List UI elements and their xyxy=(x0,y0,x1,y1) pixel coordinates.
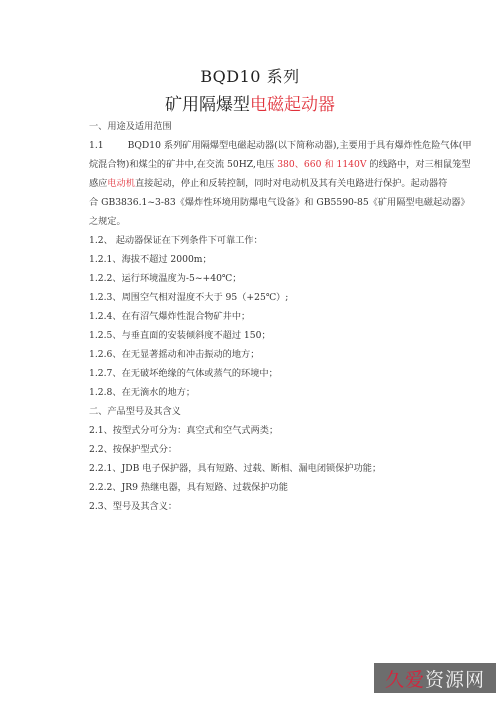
paragraph-text: 感应 xyxy=(89,178,107,189)
section2-heading: 二、产品型号及其含义 xyxy=(89,406,429,418)
paragraph-1-1-line1: 1.1BQD10 系列矿用隔爆型电磁起动器(以下简称动器),主要用于具有爆炸性危… xyxy=(89,140,429,152)
condition-item: 1.2.2、运行环境温度为-5~+40℃； xyxy=(89,273,429,285)
section2-item: 2.1、按型式分可分为：真空式和空气式两类； xyxy=(89,425,429,437)
condition-item: 1.2.6、在无显著摇动和冲击振动的地方； xyxy=(89,349,429,361)
section2-item: 2.2.1、JDB 电子保护器，具有短路、过载、断相、漏电闭锁保护功能； xyxy=(89,463,429,475)
document-title-series: BQD10 系列 xyxy=(0,64,500,87)
watermark-white-text: 资源网 xyxy=(425,665,485,692)
paragraph-1-2: 1.2、 起动器保证在下列条件下可靠工作： xyxy=(89,235,429,247)
section1-heading: 一、用途及适用范围 xyxy=(89,121,429,133)
section2-item: 2.2、按保护型式分： xyxy=(89,444,429,456)
condition-item: 1.2.1、海拔不超过 2000m； xyxy=(89,254,429,266)
paragraph-1-1-line5: 之规定。 xyxy=(89,216,429,228)
document-title-product: 矿用隔爆型电磁起动器 xyxy=(0,90,500,115)
paragraph-1-1-line2: 烷混合物)和煤尘的矿井中,在交流 50HZ,电压 380、660 和 1140V… xyxy=(89,159,429,171)
paragraph-text: 烷混合物)和煤尘的矿井中,在交流 50HZ,电压 xyxy=(89,159,277,170)
section2-item: 2.3、型号及其含义： xyxy=(89,501,429,513)
site-watermark-logo: 久爱资源网 xyxy=(374,663,496,693)
title-red-part: 电磁起动器 xyxy=(250,95,335,115)
document-page: BQD10 系列 矿用隔爆型电磁起动器 一、用途及适用范围 1.1BQD10 系… xyxy=(0,0,500,708)
watermark-red-text: 久爱 xyxy=(385,665,425,692)
condition-item: 1.2.3、周围空气相对湿度不大于 95（+25℃）; xyxy=(89,292,429,304)
condition-item: 1.2.7、在无破坏绝缘的气体或蒸气的环境中； xyxy=(89,368,429,380)
motor-link[interactable]: 电动机 xyxy=(107,178,135,189)
section2-item: 2.2.2、JR9 热继电器，具有短路、过载保护功能 xyxy=(89,482,429,494)
paragraph-text: BQD10 系列矿用隔爆型电磁起动器(以下简称动器),主要用于具有爆炸性危险气体… xyxy=(128,140,472,151)
condition-item: 1.2.8、在无滴水的地方； xyxy=(89,387,429,399)
paragraph-text: 的线路中，对三相鼠笼型 xyxy=(367,159,471,170)
condition-item: 1.2.4、在有沼气爆炸性混合物矿井中； xyxy=(89,311,429,323)
paragraph-number: 1.1 xyxy=(89,140,104,151)
voltage-values: 380、660 和 1140V xyxy=(277,159,366,170)
condition-item: 1.2.5、与垂直面的安装倾斜度不超过 150； xyxy=(89,330,429,342)
paragraph-1-1-line3: 感应电动机直接起动，停止和反转控制，同时对电动机及其有关电路进行保护。起动器符 xyxy=(89,178,429,190)
paragraph-text: 直接起动，停止和反转控制，同时对电动机及其有关电路进行保护。起动器符 xyxy=(135,178,447,189)
paragraph-1-1-line4: 合 GB3836.1~3-83《爆炸性环境用防爆电气设备》和 GB5590-85… xyxy=(89,197,429,209)
title-black-part: 矿用隔爆型 xyxy=(165,95,250,115)
